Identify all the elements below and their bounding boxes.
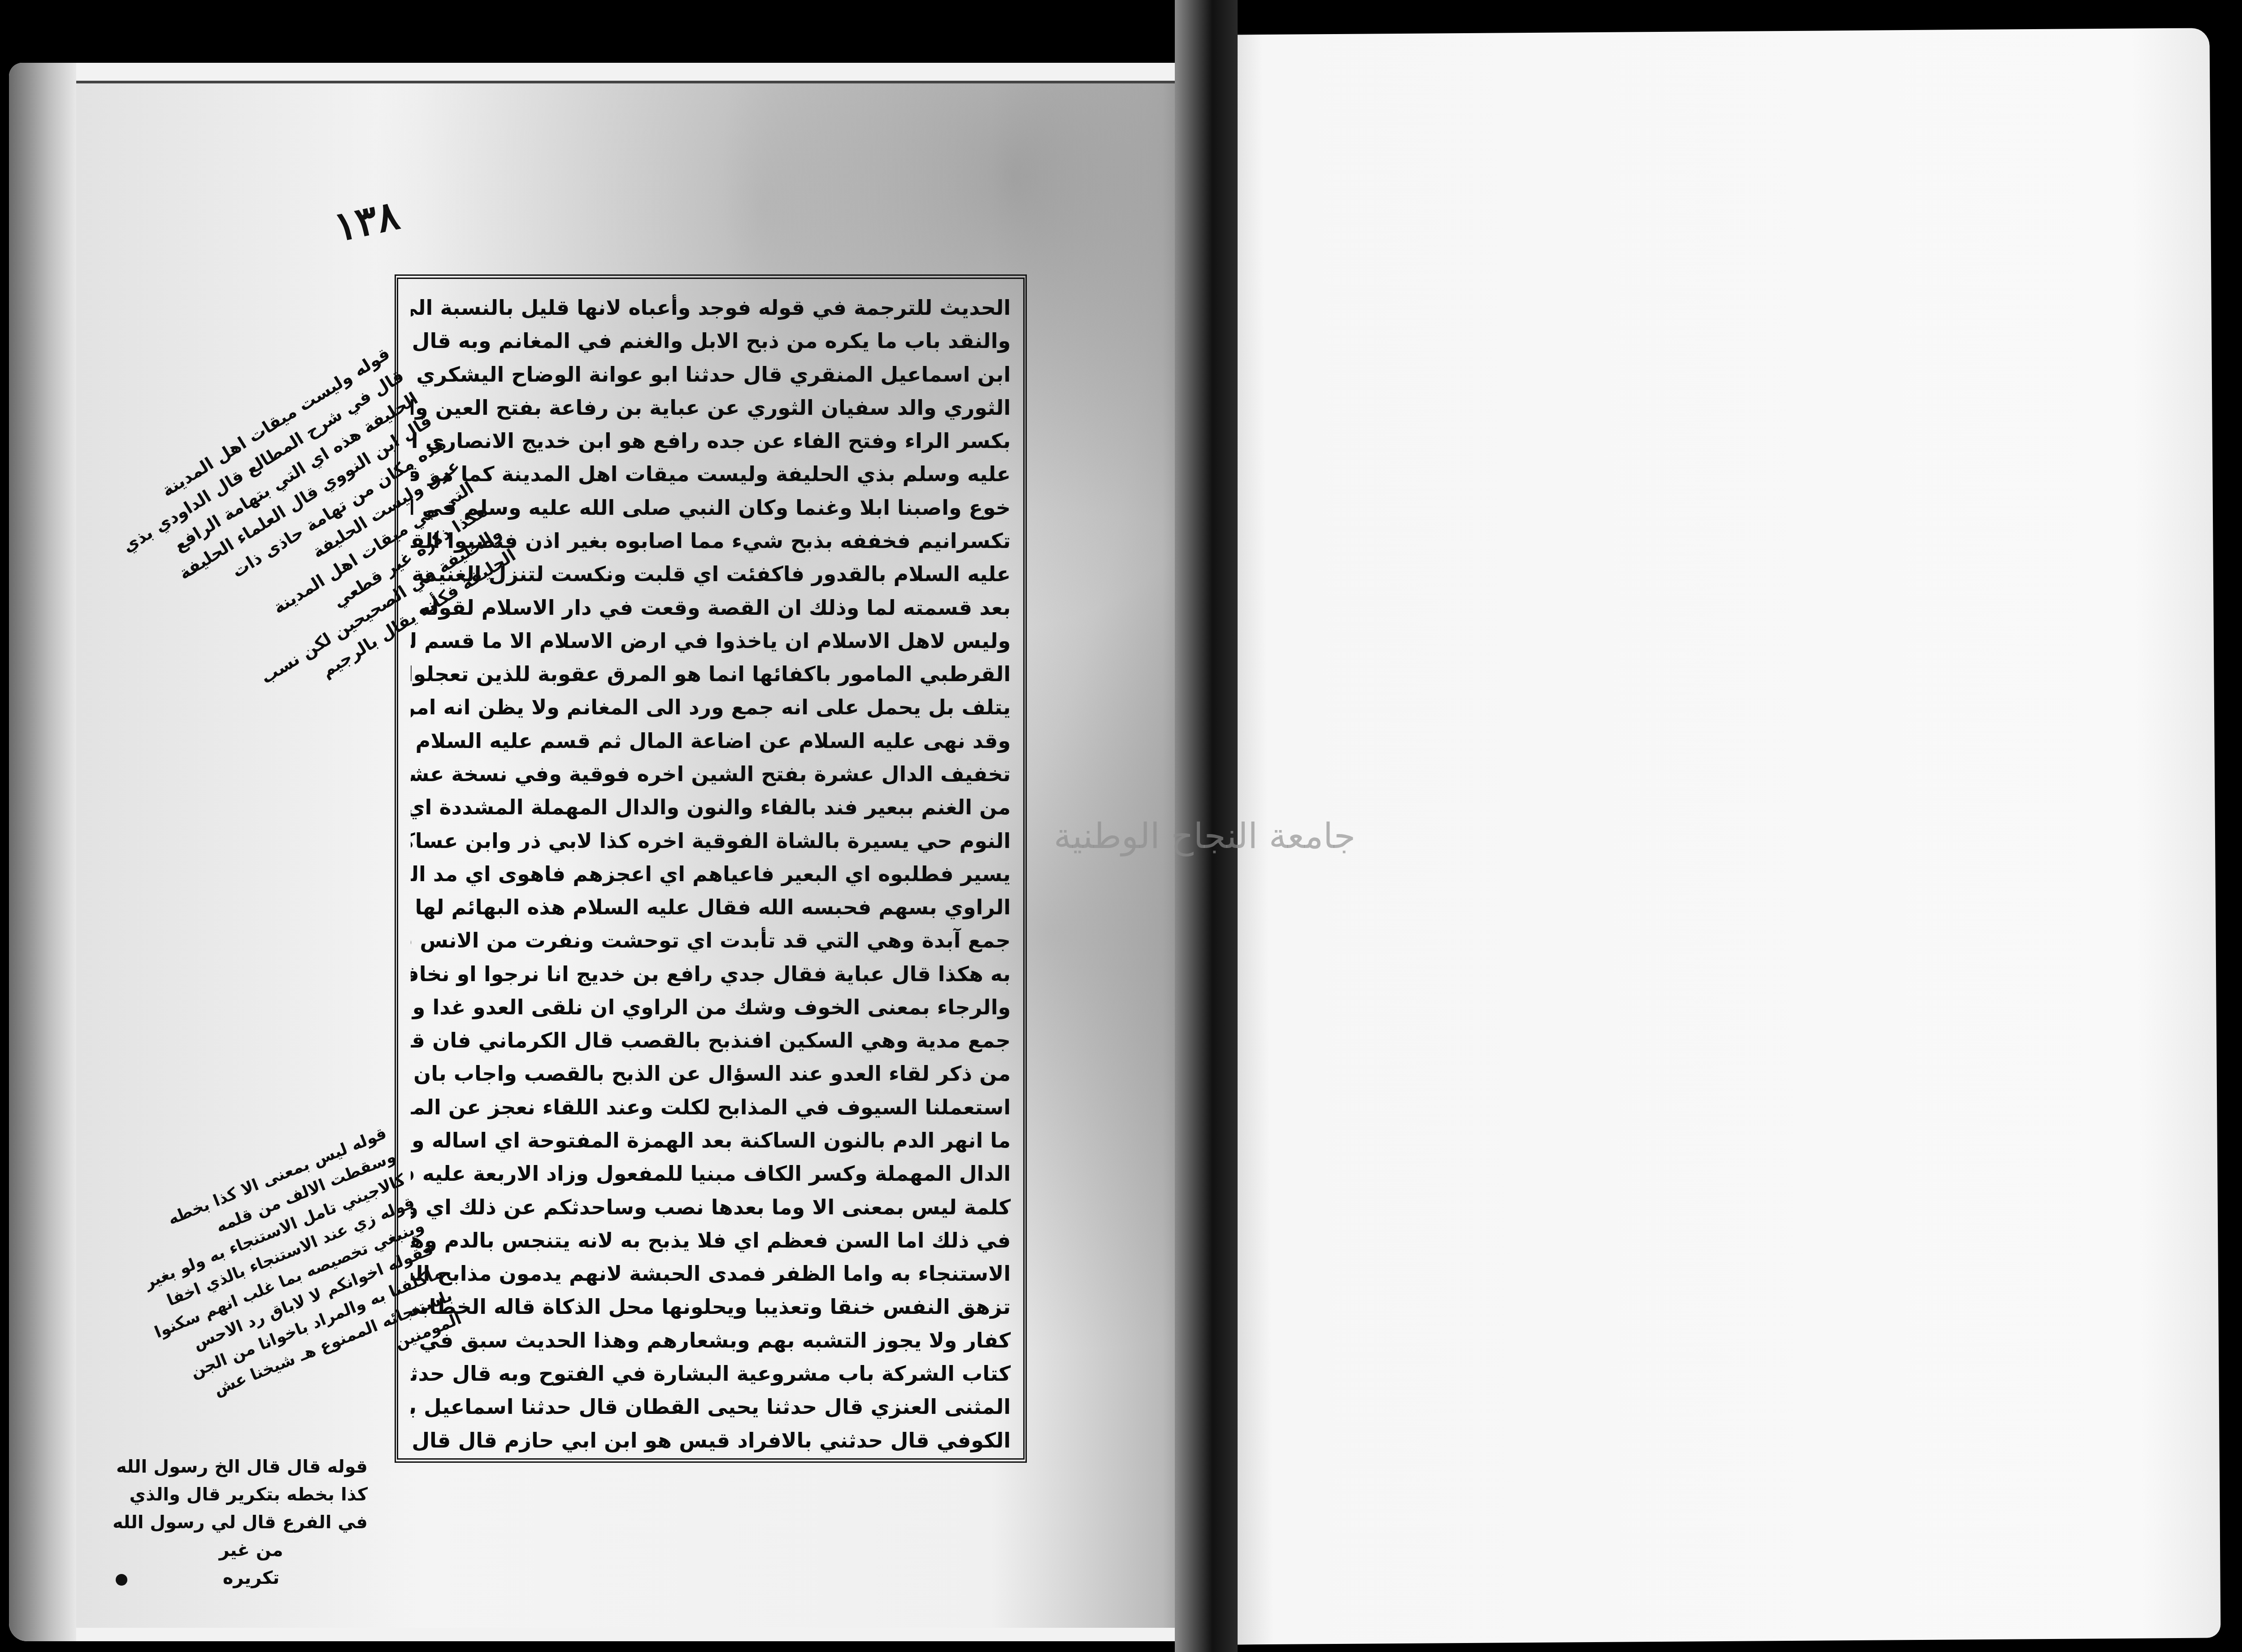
text-line: الاستنجاء به واما الظفر فمدى الحبشة لانه… — [411, 1254, 1011, 1287]
text-line: يسير فطلبوه اي البعير فاعياهم اي اعجزهم … — [411, 854, 1011, 887]
text-line: الدال المهملة وكسر الكاف مبنيا للمفعول و… — [411, 1154, 1011, 1187]
text-line: كفار ولا يجوز التشبه بهم وبشعارهم وهذا ا… — [411, 1321, 1011, 1354]
marginal-note-line: قوله قال قال الخ رسول الله — [135, 1453, 368, 1481]
marginal-note-line: تكريره — [135, 1564, 368, 1592]
marginal-note-line: في الفرع قال لي رسول الله — [135, 1509, 368, 1536]
text-line: الراوي بسهم فحبسه الله فقال عليه السلام … — [411, 887, 1011, 921]
text-line: وقد نهى عليه السلام عن اضاعة المال ثم قس… — [411, 721, 1011, 754]
text-line: كتاب الشركة باب مشروعية البشارة في الفتو… — [411, 1354, 1011, 1387]
text-line: والرجاء بمعنى الخوف وشك من الراوي ان نلق… — [411, 987, 1011, 1021]
text-line: ابن اسماعيل المنقري قال حدثنا ابو عوانة … — [411, 355, 1011, 388]
text-line: ما انهر الدم بالنون الساكنة بعد الهمزة ا… — [411, 1121, 1011, 1154]
marginal-note-line: كذا بخطه بتكرير قال والذي — [135, 1481, 368, 1509]
text-line: في ذلك اما السن فعظم اي فلا يذبح به لانه… — [411, 1221, 1011, 1254]
text-line: النوم حي يسيرة بالشاة الفوقية اخره كذا ل… — [411, 821, 1011, 854]
text-line: الثوري والد سفيان الثوري عن عباية بن رفا… — [411, 388, 1011, 421]
text-line: يتلف بل يحمل على انه جمع ورد الى المغانم… — [411, 687, 1011, 721]
text-line: الكوفي قال حدثني بالافراد قيس هو ابن ابي… — [411, 1421, 1011, 1454]
page-edge-shadow — [9, 63, 76, 1641]
text-line: خوع واصبنا ابلا وغنما وكان النبي صلى الل… — [411, 488, 1011, 521]
library-watermark: جامعة النجاح الوطنية — [1054, 816, 1356, 856]
text-line: عليه وسلم بذي الحليفة وليست ميقات اهل ال… — [411, 454, 1011, 487]
text-line: جمع مدية وهي السكين افنذبح بالقصب قال ال… — [411, 1021, 1011, 1054]
text-line: به هكذا قال عباية فقال جدي رافع بن خديج … — [411, 954, 1011, 987]
text-line: جمع آبدة وهي التي قد تأبدت اي توحشت ونفر… — [411, 921, 1011, 954]
text-line: تخفيف الدال عشرة بفتح الشين اخره فوقية و… — [411, 754, 1011, 787]
manuscript-scan: ١٣٨ الحديث للترجمة في قوله فوجد وأعباه ل… — [0, 0, 2242, 1652]
text-line: تزهق النفس خنقا وتعذيبا ويحلونها محل الذ… — [411, 1287, 1011, 1320]
text-line: كلمة ليس بمعنى الا وما بعدها نصب وساحدثك… — [411, 1187, 1011, 1221]
right-page-blank — [1223, 28, 2220, 1644]
text-line: بكسر الراء وفتح الفاء عن جده رافع هو ابن… — [411, 421, 1011, 454]
main-text-block: الحديث للترجمة في قوله فوجد وأعباه لانها… — [395, 274, 1027, 1463]
text-line: وليس لاهل الاسلام ان ياخذوا في ارض الاسل… — [411, 621, 1011, 654]
text-line: من ذكر لقاء العدو عند السؤال عن الذبح با… — [411, 1054, 1011, 1087]
text-line: والنقد باب ما يكره من ذبح الابل والغنم ف… — [411, 321, 1011, 354]
marginal-note-line: من غير — [135, 1536, 368, 1564]
text-line: القرطبي المامور باكفائها انما هو المرق ع… — [411, 654, 1011, 687]
text-line: من الغنم ببعير فند بالفاء والنون والدال … — [411, 787, 1011, 821]
ink-dot-icon — [116, 1574, 127, 1586]
text-line: بعد قسمته لما وذلك ان القصة وقعت في دار … — [411, 588, 1011, 621]
text-line: الحديث للترجمة في قوله فوجد وأعباه لانها… — [411, 288, 1011, 321]
text-line: المثنى العنزي قال حدثنا يحيى القطان قال … — [411, 1387, 1011, 1420]
marginal-note-lower: قوله قال قال الخ رسول اللهكذا بخطه بتكري… — [135, 1453, 368, 1592]
text-line: استعملنا السيوف في المذابح لكلت وعند الل… — [411, 1087, 1011, 1121]
